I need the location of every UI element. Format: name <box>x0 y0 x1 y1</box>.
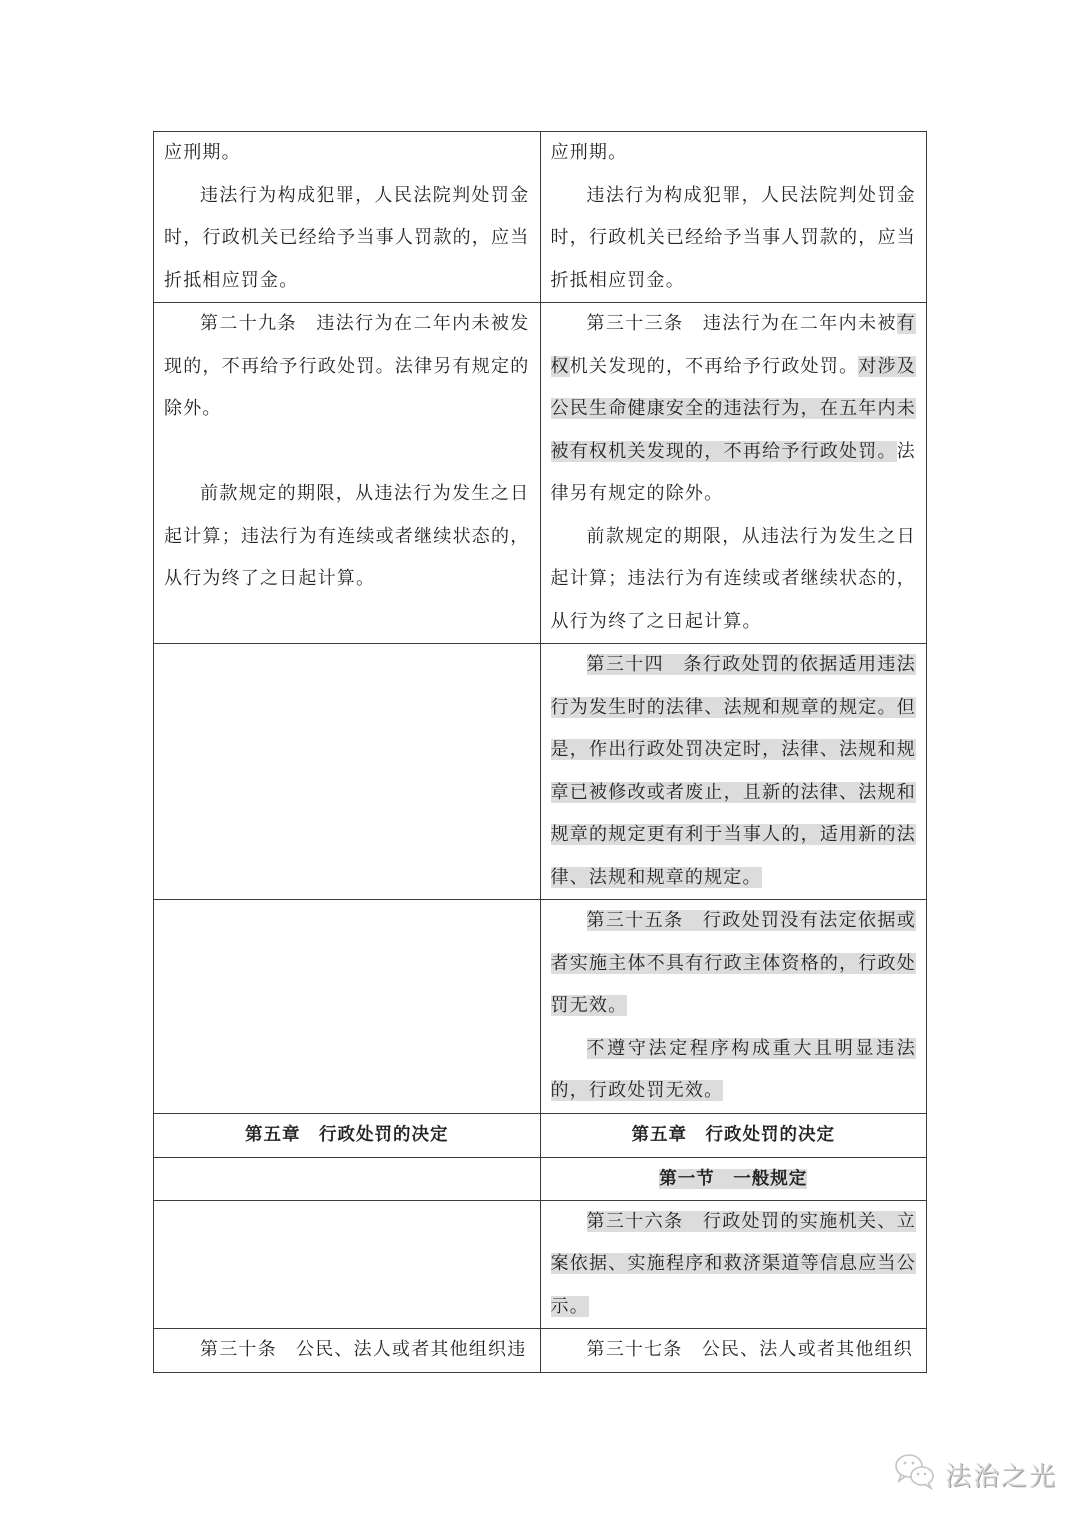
highlighted-text: 不遵守法定程序构成重大且明显违法的，行政处罚无效。 <box>551 1038 917 1102</box>
chapter-heading: 第五章 行政处罚的决定 <box>164 1114 530 1156</box>
highlighted-text: 第三十四 条行政处罚的依据适用违法行为发生时的法律、法规和规章的规定。但是，作出… <box>551 654 917 888</box>
table-row: 第三十六条 行政处罚的实施机关、立案依据、实施程序和救济渠道等信息应当公示。 <box>154 1200 927 1329</box>
comparison-table: 应刑期。 违法行为构成犯罪，人民法院判处罚金时，行政机关已经给予当事人罚款的，应… <box>153 131 927 1373</box>
text: 第三十三条 违法行为在二年内未被 <box>587 313 897 334</box>
old-text-cell-empty <box>154 900 541 1114</box>
highlighted-text: 第三十六条 行政处罚的实施机关、立案依据、实施程序和救济渠道等信息应当公示。 <box>551 1211 917 1317</box>
new-text-cell: 第三十七条 公民、法人或者其他组织 <box>540 1329 927 1373</box>
table-row: 第三十条 公民、法人或者其他组织违 第三十七条 公民、法人或者其他组织 <box>154 1329 927 1373</box>
new-text-cell: 第三十三条 违法行为在二年内未被有权机关发现的，不再给予行政处罚。对涉及公民生命… <box>540 303 927 644</box>
new-text-cell: 应刑期。 违法行为构成犯罪，人民法院判处罚金时，行政机关已经给予当事人罚款的，应… <box>540 132 927 303</box>
table-row: 第二十九条 违法行为在二年内未被发现的，不再给予行政处罚。法律另有规定的除外。 … <box>154 303 927 644</box>
old-text-cell-empty <box>154 1200 541 1329</box>
document-page: 应刑期。 违法行为构成犯罪，人民法院判处罚金时，行政机关已经给予当事人罚款的，应… <box>0 0 1080 1527</box>
table-row: 第五章 行政处罚的决定 第五章 行政处罚的决定 <box>154 1113 927 1157</box>
paragraph: 应刑期。 <box>164 132 530 175</box>
article-30-paragraph: 第三十条 公民、法人或者其他组织违 <box>164 1329 530 1372</box>
article-36-paragraph: 第三十六条 行政处罚的实施机关、立案依据、实施程序和救济渠道等信息应当公示。 <box>551 1201 917 1329</box>
watermark: 法治之光 <box>893 1452 1057 1496</box>
old-text-cell: 第二十九条 违法行为在二年内未被发现的，不再给予行政处罚。法律另有规定的除外。 … <box>154 303 541 644</box>
article-35-paragraph: 第三十五条 行政处罚没有法定依据或者实施主体不具有行政主体资格的，行政处罚无效。 <box>551 900 917 1028</box>
wechat-icon <box>893 1452 937 1496</box>
paragraph: 前款规定的期限，从违法行为发生之日起计算；违法行为有连续或者继续状态的，从行为终… <box>164 473 530 601</box>
highlighted-text: 第一节 一般规定 <box>659 1169 807 1189</box>
paragraph: 应刑期。 <box>551 132 917 175</box>
article-34-paragraph: 第三十四 条行政处罚的依据适用违法行为发生时的法律、法规和规章的规定。但是，作出… <box>551 644 917 899</box>
article-33-paragraph: 第三十三条 违法行为在二年内未被有权机关发现的，不再给予行政处罚。对涉及公民生命… <box>551 303 917 516</box>
table-row: 第三十四 条行政处罚的依据适用违法行为发生时的法律、法规和规章的规定。但是，作出… <box>154 644 927 900</box>
old-text-cell: 应刑期。 违法行为构成犯罪，人民法院判处罚金时，行政机关已经给予当事人罚款的，应… <box>154 132 541 303</box>
paragraph: 违法行为构成犯罪，人民法院判处罚金时，行政机关已经给予当事人罚款的，应当折抵相应… <box>164 175 530 303</box>
section-heading: 第一节 一般规定 <box>551 1158 917 1200</box>
chapter-heading: 第五章 行政处罚的决定 <box>551 1114 917 1156</box>
table-row: 应刑期。 违法行为构成犯罪，人民法院判处罚金时，行政机关已经给予当事人罚款的，应… <box>154 132 927 303</box>
article-29-paragraph: 第二十九条 违法行为在二年内未被发现的，不再给予行政处罚。法律另有规定的除外。 <box>164 303 530 431</box>
highlighted-text: 第三十五条 行政处罚没有法定依据或者实施主体不具有行政主体资格的，行政处罚无效。 <box>551 910 917 1016</box>
old-text-cell-empty <box>154 644 541 900</box>
table-row: 第三十五条 行政处罚没有法定依据或者实施主体不具有行政主体资格的，行政处罚无效。… <box>154 900 927 1114</box>
old-text-cell: 第三十条 公民、法人或者其他组织违 <box>154 1329 541 1373</box>
new-text-cell: 第三十六条 行政处罚的实施机关、立案依据、实施程序和救济渠道等信息应当公示。 <box>540 1200 927 1329</box>
paragraph: 前款规定的期限，从违法行为发生之日起计算；违法行为有连续或者继续状态的，从行为终… <box>551 516 917 644</box>
article-37-paragraph: 第三十七条 公民、法人或者其他组织 <box>551 1329 917 1372</box>
new-text-cell: 第三十五条 行政处罚没有法定依据或者实施主体不具有行政主体资格的，行政处罚无效。… <box>540 900 927 1114</box>
old-chapter-cell: 第五章 行政处罚的决定 <box>154 1113 541 1157</box>
old-text-cell-empty <box>154 1157 541 1200</box>
watermark-text: 法治之光 <box>945 1456 1057 1493</box>
spacer <box>164 431 530 474</box>
text: 机关发现的，不再给予行政处罚。 <box>570 356 859 377</box>
table-row: 第一节 一般规定 <box>154 1157 927 1200</box>
new-chapter-cell: 第五章 行政处罚的决定 <box>540 1113 927 1157</box>
new-text-cell: 第三十四 条行政处罚的依据适用违法行为发生时的法律、法规和规章的规定。但是，作出… <box>540 644 927 900</box>
new-section-cell: 第一节 一般规定 <box>540 1157 927 1200</box>
paragraph: 不遵守法定程序构成重大且明显违法的，行政处罚无效。 <box>551 1028 917 1113</box>
paragraph: 违法行为构成犯罪，人民法院判处罚金时，行政机关已经给予当事人罚款的，应当折抵相应… <box>551 175 917 303</box>
